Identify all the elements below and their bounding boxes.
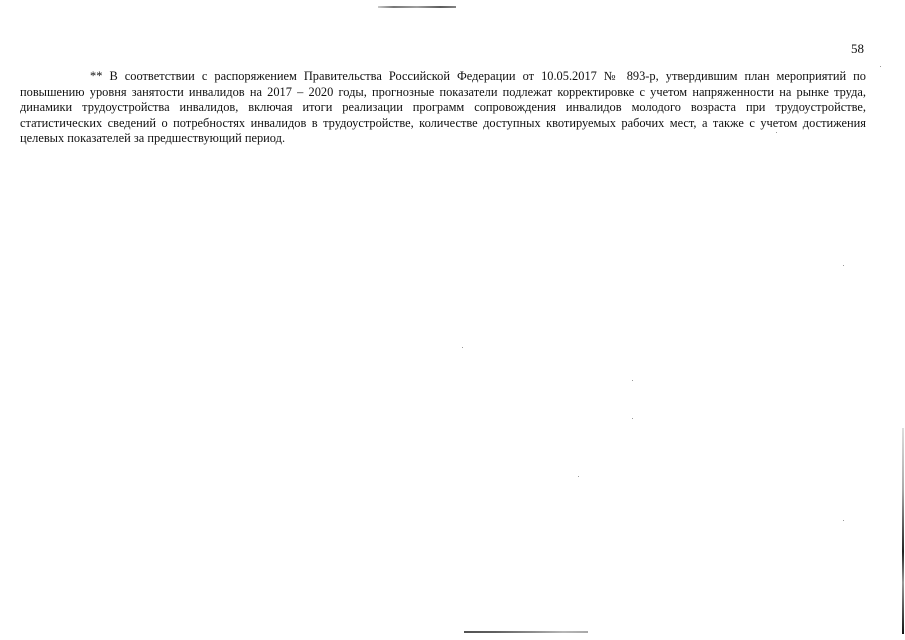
scan-speck	[880, 66, 881, 67]
scan-speck	[578, 476, 579, 477]
scan-speck	[776, 132, 777, 133]
footnote-paragraph: ** В соответствии с распоряжением Правит…	[20, 69, 866, 147]
scan-speck	[462, 347, 463, 348]
scan-speck	[843, 520, 844, 521]
scan-speck	[632, 380, 633, 381]
footnote-marker: **	[90, 69, 102, 83]
scan-artifact-right-edge	[902, 428, 904, 634]
scan-artifact-bottom-line	[464, 631, 588, 633]
footnote-text: В соответствии с распоряжением Правитель…	[20, 69, 866, 145]
scan-speck	[632, 418, 633, 419]
scan-artifact-top-line	[378, 6, 456, 8]
page-number: 58	[851, 41, 864, 56]
scan-speck	[843, 265, 844, 266]
